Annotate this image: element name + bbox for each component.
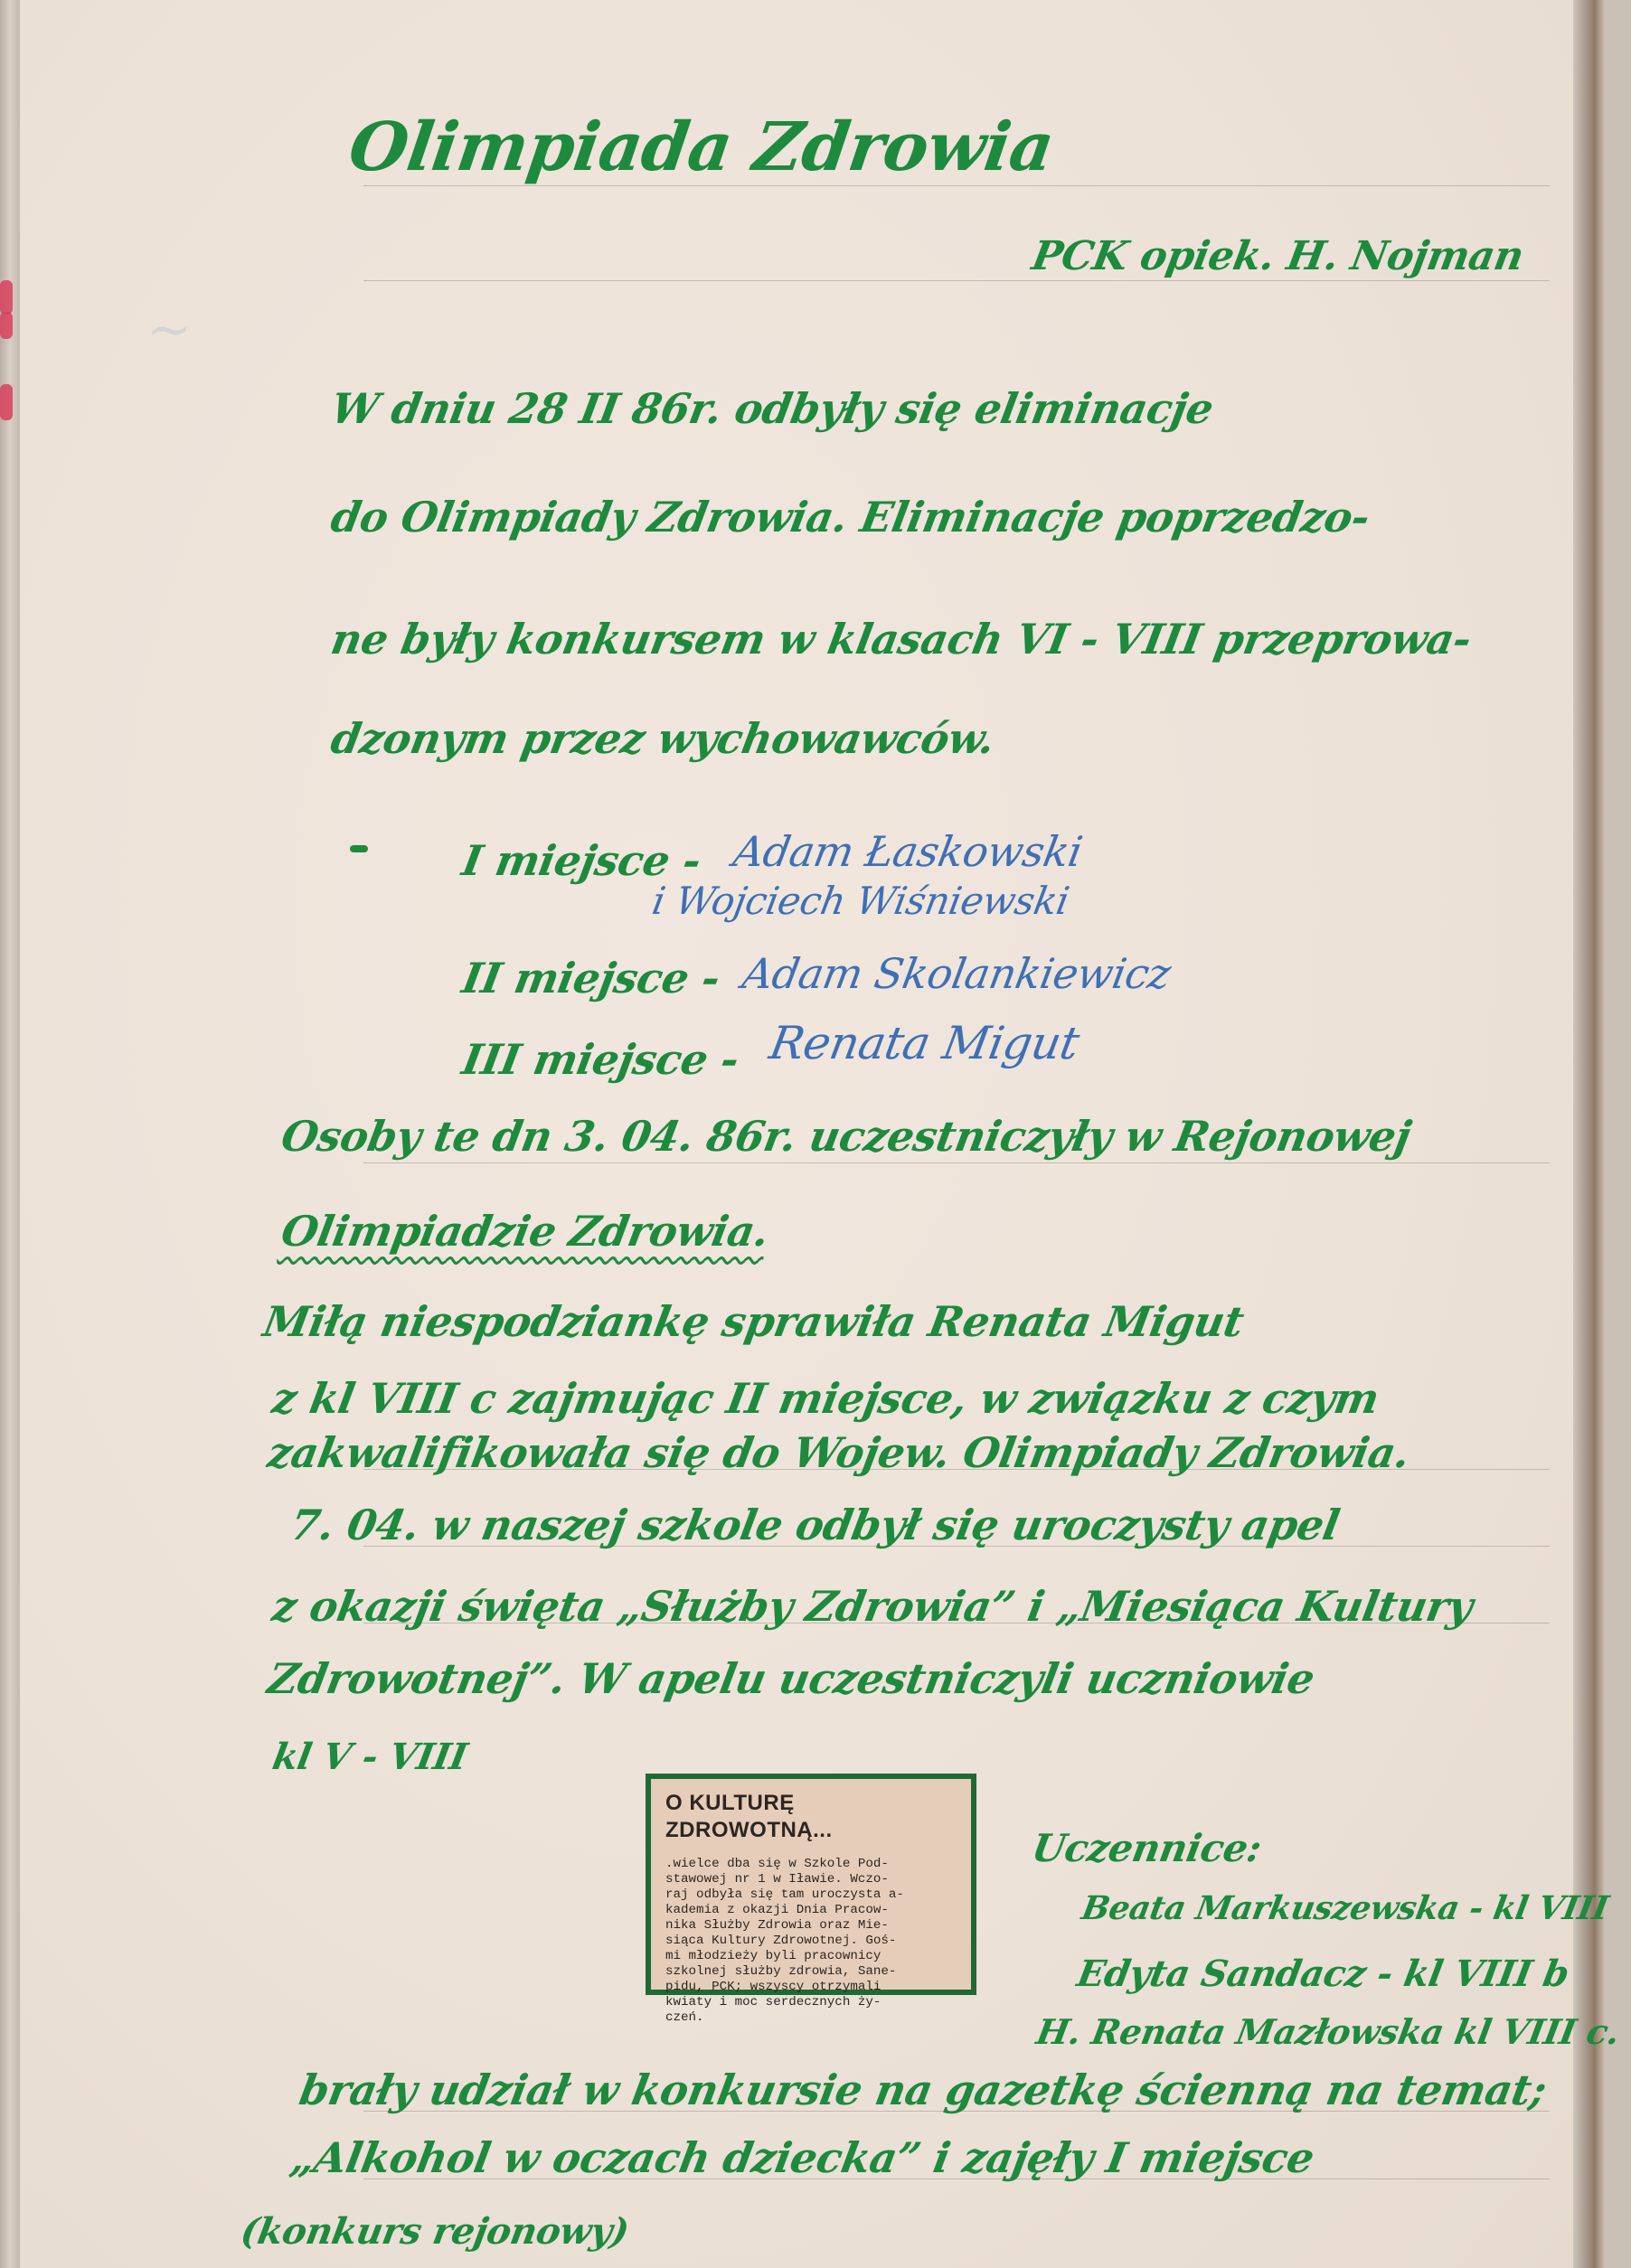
paragraph-line: 7. 04. w naszej szkole odbył się uroczys…: [287, 1501, 1343, 1549]
students-heading: Uczennice:: [1029, 1826, 1265, 1870]
page-gutter-shadow: [1573, 0, 1604, 2268]
result-name: i Wojciech Wiśniewski: [649, 879, 1072, 923]
result-place: III miejsce -: [458, 1035, 742, 1084]
red-marker-stroke: [0, 280, 13, 315]
student-name: Edyta Sandacz - kl VIII b: [1074, 1953, 1572, 1995]
student-name: H. Renata Mazłowska kl VIII c.: [1033, 2011, 1623, 2052]
clipping-headline: O KULTURĘ ZDROWOTNĄ...: [665, 1790, 957, 1844]
show-through-text: ~: [146, 298, 192, 362]
page-title: Olimpiada Zdrowia: [344, 108, 1059, 186]
result-name: Adam Łaskowski: [730, 827, 1086, 876]
newspaper-clipping: O KULTURĘ ZDROWOTNĄ... .wielce dba się w…: [646, 1774, 976, 1995]
paragraph-line: z kl VIII c zajmując II miejsce, w związ…: [269, 1374, 1382, 1423]
notebook-binding-left: [0, 0, 21, 2268]
student-name: Beata Markuszewska - kl VIII: [1079, 1889, 1611, 1927]
result-place: I miejsce -: [458, 836, 704, 885]
ruled-line: [363, 280, 1550, 281]
paragraph-line: zakwalifikowała się do Wojew. Olimpiady …: [264, 1428, 1413, 1477]
paragraph-line: Osoby te dn 3. 04. 86r. uczestniczyły w …: [278, 1112, 1414, 1161]
paragraph-line: brały udział w konkursie na gazetkę ście…: [296, 2066, 1550, 2114]
clipping-body: .wielce dba się w Szkole Pod- stawowej n…: [665, 1857, 957, 2026]
result-name: Adam Skolankiewicz: [739, 949, 1174, 998]
paragraph-line: kl V - VIII: [269, 1736, 470, 1778]
result-place: II miejsce -: [458, 954, 723, 1002]
paragraph-line: (konkurs rejonowy): [238, 2210, 632, 2253]
ruled-line: [363, 1162, 1550, 1163]
list-bullet-dash: [350, 845, 368, 852]
paragraph-line: z okazji święta „Służby Zdrowia” i „Mies…: [269, 1582, 1476, 1631]
paragraph-line: do Olimpiady Zdrowia. Eliminacje poprzed…: [327, 493, 1373, 541]
paragraph-line: Zdrowotnej”. W apelu uczestniczyli uczni…: [264, 1654, 1318, 1703]
paragraph-line: ne były konkursem w klasach VI - VIII pr…: [327, 615, 1475, 663]
paragraph-line: W dniu 28 II 86r. odbyły się eliminacje: [327, 384, 1217, 433]
result-name: Renata Migut: [766, 1017, 1083, 1069]
red-marker-stroke: [0, 384, 13, 420]
paragraph-line: Miłą niespodziankę sprawiła Renata Migut: [259, 1297, 1247, 1346]
red-marker-stroke: [0, 312, 13, 339]
paragraph-line: „Alkohol w oczach dziecka” i zajęły I mi…: [287, 2133, 1317, 2182]
notebook-page: ~ Olimpiada Zdrowia PCK opiek. H. Nojman…: [20, 0, 1604, 2268]
paragraph-line: dzonym przez wychowawców.: [327, 714, 998, 763]
paragraph-line: Olimpiadzie Zdrowia.: [278, 1207, 772, 1256]
author-note: PCK opiek. H. Nojman: [1029, 233, 1527, 279]
